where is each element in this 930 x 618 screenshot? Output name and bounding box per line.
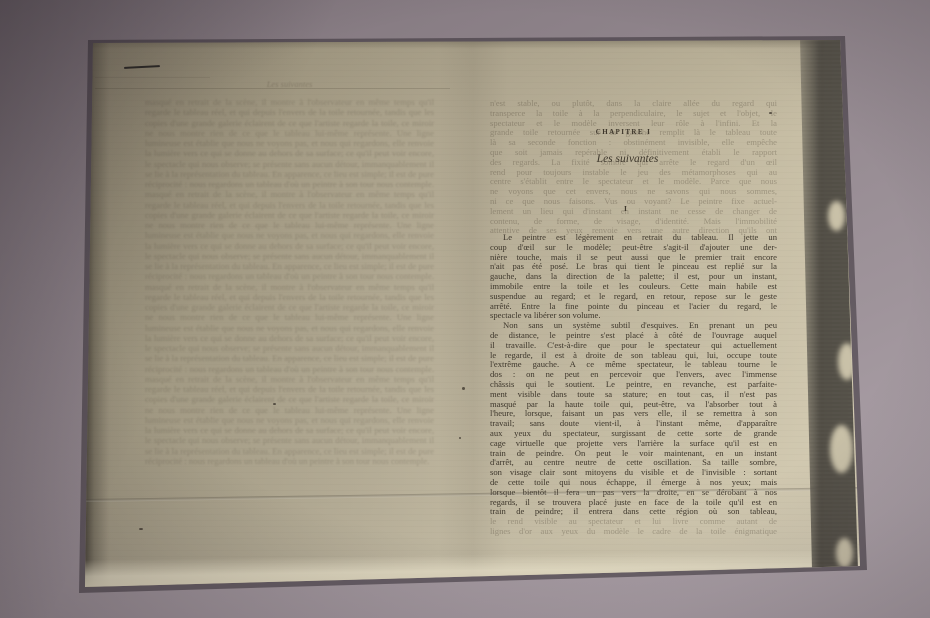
- text-line: d'arrêt, au centre neutre de cette oscil…: [490, 458, 777, 468]
- ink-speck: [459, 437, 461, 439]
- text-line: aux yeux du spectateur, surgissant de ce…: [490, 429, 777, 439]
- text-line: gauche, dans la direction de la palette;…: [490, 272, 777, 282]
- text-line: travail; sans doute vient-il, à l'instan…: [490, 419, 777, 429]
- text-line: lignes d'or aux yeux du modèle le cadre …: [490, 527, 777, 537]
- text-line: n'ait pas été posé. Le bras qui tient le…: [490, 262, 777, 272]
- text-line: le rend visible au spectateur et lui liv…: [490, 517, 777, 527]
- ink-speck: [273, 403, 276, 405]
- text-line: ne voyons que cet envers, nous ne savons…: [490, 187, 777, 197]
- text-line: contenu, de forme, de visage, d'identité…: [490, 217, 777, 227]
- text-line: masqué par la haute toile qui, peut-être…: [490, 400, 777, 410]
- text-line: train de peindre; il entrera dans cette …: [490, 507, 777, 517]
- toner-gap: [836, 538, 853, 568]
- text-line: l'heure, lorsque, faisant un pas vers el…: [490, 409, 777, 419]
- text-line: coup d'œil sur le modèle; peut-être s'ag…: [490, 243, 777, 253]
- text-line: il travaille. C'est-à-dire que pour le s…: [490, 341, 777, 351]
- text-line: de cette toile qui nous échappe, il émer…: [490, 478, 777, 488]
- text-line: immobile entre la toile et les couleurs.…: [490, 282, 777, 292]
- text-line: ment visible dans toute sa stature; en t…: [490, 390, 777, 400]
- toner-gap: [828, 201, 845, 231]
- text-line: Non sans un système subtil d'esquives. E…: [490, 321, 777, 331]
- text-line: train de peindre. On peut le voir mainte…: [490, 449, 777, 459]
- text-line: n'est stable, ou plutôt, dans la claire …: [490, 99, 777, 109]
- text-line: cage virtuelle que projette vers l'arriè…: [490, 439, 777, 449]
- text-line: suspendue au regard; et le regard, en re…: [490, 292, 777, 302]
- chapter-title: Les suivantes: [484, 153, 771, 165]
- section-numeral: I: [482, 204, 769, 213]
- text-line: centre s'établit entre le spectateur et …: [490, 177, 777, 187]
- body-text-column: Le peintre est légèrement en retrait du …: [490, 233, 777, 517]
- text-line: arrêté. Entre la fine pointe du pinceau …: [490, 302, 777, 312]
- text-line: dos : on ne peut en percevoir que l'enve…: [490, 370, 777, 380]
- ink-speck: [139, 528, 143, 530]
- right-page-ghost-text-bottom: le rend visible au spectateur et lui liv…: [490, 517, 777, 537]
- text-line: là sa seconde fonction : obstinément inv…: [490, 138, 777, 148]
- text-line: de distance, le peintre s'est placé à cô…: [490, 331, 777, 341]
- photograph-of-book-page: Les suivantes masqué en retrait de la sc…: [0, 0, 930, 618]
- ink-speck: [769, 112, 772, 114]
- chapter-heading: CHAPITRE I: [480, 128, 767, 136]
- right-page-ghost-text-top: n'est stable, ou plutôt, dans la claire …: [490, 99, 777, 236]
- streak-line: [95, 88, 450, 89]
- text-line: regards, il se trouvera placé juste en f…: [490, 498, 777, 508]
- streak-line: [95, 77, 210, 78]
- text-line: l'extrême gauche. A ce même spectateur, …: [490, 360, 777, 370]
- text-line: spectateur et le modèle inversent leur r…: [490, 119, 777, 129]
- text-line: rend pour toujours instable le jeu des m…: [490, 168, 777, 178]
- text-line: transperce la toile à la perpendiculaire…: [490, 109, 777, 119]
- text-line: le regarde, il est à droite de son table…: [490, 351, 777, 361]
- text-line: Le peintre est légèrement en retrait du …: [490, 233, 777, 243]
- ink-speck: [462, 387, 465, 390]
- photocopied-sheet: Les suivantes masqué en retrait de la sc…: [0, 0, 930, 618]
- toner-gap: [830, 425, 853, 473]
- text-line: nière touche, mais il se peut aussi que …: [490, 253, 777, 263]
- text-line: châssis qui le soutient. Le peintre, en …: [490, 380, 777, 390]
- text-line: spectacle va libérer son volume.: [490, 311, 777, 321]
- left-page-ghost-text: masqué en retrait de la scène, il montre…: [145, 97, 434, 545]
- text-line: son visage clair sont mitoyens du visibl…: [490, 468, 777, 478]
